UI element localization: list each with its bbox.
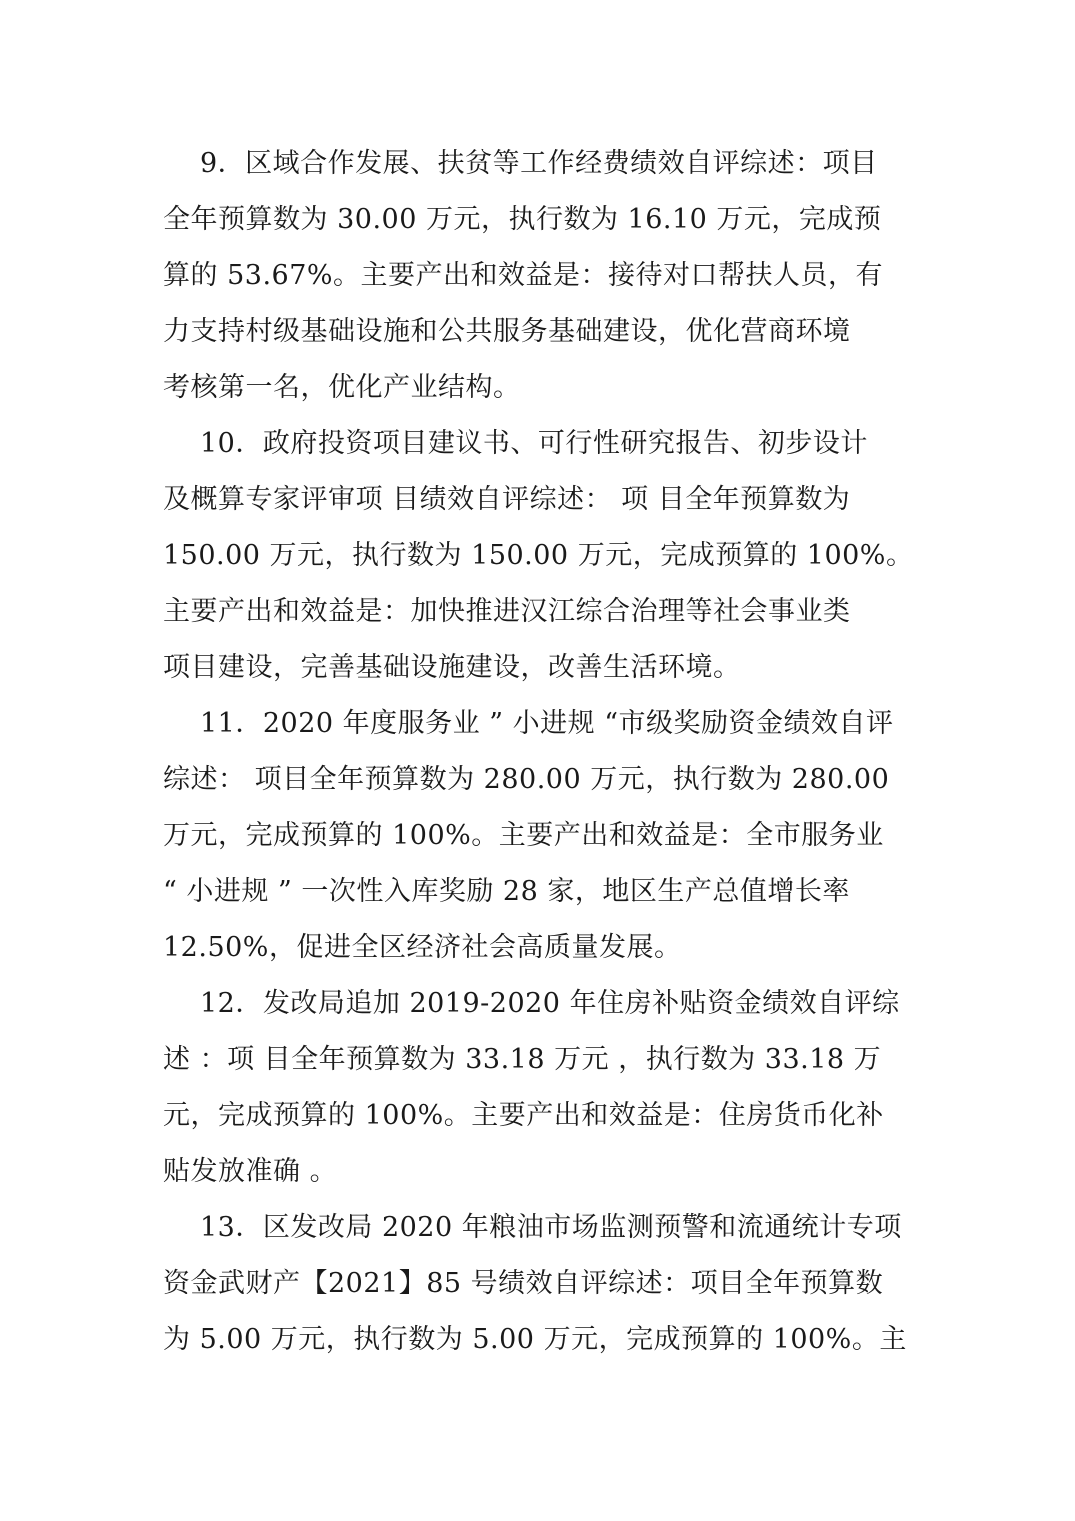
paragraph-line: 贴发放准确 。 (163, 1144, 913, 1200)
paragraph-line: 全年预算数为 30.00 万元，执行数为 16.10 万元，完成预 (163, 192, 913, 248)
paragraph-item-13: 13．区发改局 2020 年粮油市场监测预警和流通统计专项 资金武财产【2021… (163, 1200, 913, 1368)
paragraph-line: 主要产出和效益是：加快推进汉江综合治理等社会事业类 (163, 584, 913, 640)
paragraph-line: 项目建设，完善基础设施建设，改善生活环境。 (163, 640, 913, 696)
paragraph-item-12: 12．发改局追加 2019-2020 年住房补贴资金绩效自评综 述 ：项 目全年… (163, 976, 913, 1200)
paragraph-line: 综述： 项目全年预算数为 280.00 万元，执行数为 280.00 (163, 752, 913, 808)
paragraph-line: 及概算专家评审项 目绩效自评综述： 项 目全年预算数为 (163, 472, 913, 528)
paragraph-line: 万元，完成预算的 100%。主要产出和效益是：全市服务业 (163, 808, 913, 864)
paragraph-line: 考核第一名，优化产业结构。 (163, 360, 913, 416)
paragraph-line: 12．发改局追加 2019-2020 年住房补贴资金绩效自评综 (163, 976, 913, 1032)
paragraph-line: 算的 53.67%。主要产出和效益是：接待对口帮扶人员，有 (163, 248, 913, 304)
paragraph-line: “ 小进规 ” 一次性入库奖励 28 家，地区生产总值增长率 (163, 864, 913, 920)
paragraph-line: 元，完成预算的 100%。主要产出和效益是：住房货币化补 (163, 1088, 913, 1144)
paragraph-line: 力支持村级基础设施和公共服务基础建设，优化营商环境 (163, 304, 913, 360)
paragraph-line: 9．区域合作发展、扶贫等工作经费绩效自评综述：项目 (163, 136, 913, 192)
paragraph-line: 11．2020 年度服务业 ” 小进规 “市级奖励资金绩效自评 (163, 696, 913, 752)
paragraph-line: 150.00 万元，执行数为 150.00 万元，完成预算的 100%。 (163, 528, 913, 584)
paragraph-line: 10．政府投资项目建议书、可行性研究报告、初步设计 (163, 416, 913, 472)
paragraph-item-9: 9．区域合作发展、扶贫等工作经费绩效自评综述：项目 全年预算数为 30.00 万… (163, 136, 913, 416)
paragraph-line: 资金武财产【2021】85 号绩效自评综述：项目全年预算数 (163, 1256, 913, 1312)
paragraph-line: 为 5.00 万元，执行数为 5.00 万元，完成预算的 100%。主 (163, 1312, 913, 1368)
paragraph-line: 述 ：项 目全年预算数为 33.18 万元 ，执行数为 33.18 万 (163, 1032, 913, 1088)
paragraph-item-11: 11．2020 年度服务业 ” 小进规 “市级奖励资金绩效自评 综述： 项目全年… (163, 696, 913, 976)
paragraph-line: 12.50%，促进全区经济社会高质量发展。 (163, 920, 913, 976)
paragraph-item-10: 10．政府投资项目建议书、可行性研究报告、初步设计 及概算专家评审项 目绩效自评… (163, 416, 913, 696)
paragraph-line: 13．区发改局 2020 年粮油市场监测预警和流通统计专项 (163, 1200, 913, 1256)
document-page: 9．区域合作发展、扶贫等工作经费绩效自评综述：项目 全年预算数为 30.00 万… (0, 0, 1075, 1521)
